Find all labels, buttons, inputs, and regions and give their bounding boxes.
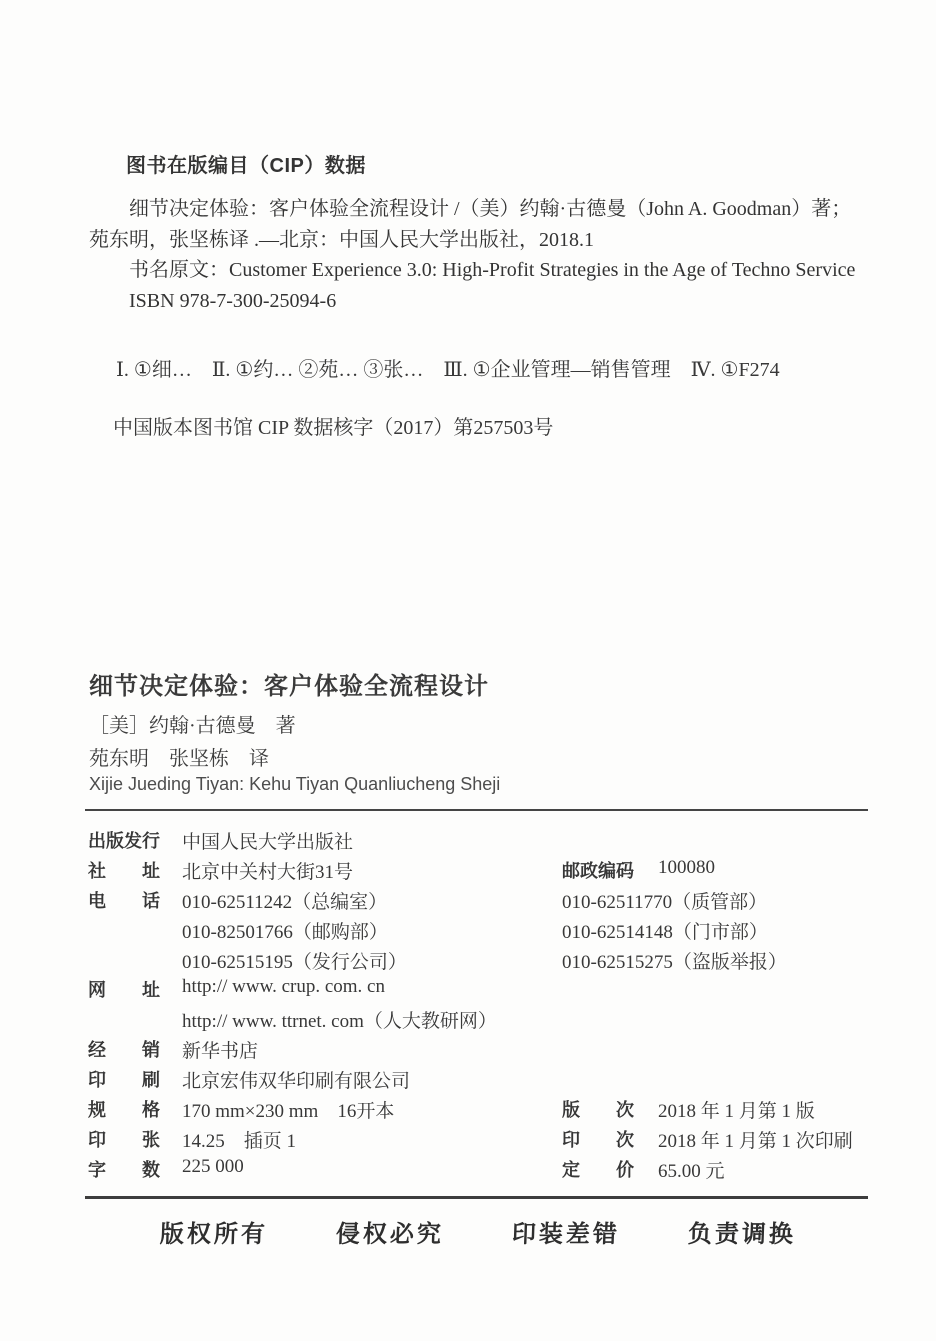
colophon-value-left: 170 mm×230 mm 16开本 — [182, 1096, 394, 1123]
colophon-label-left: 印 刷 — [88, 1066, 160, 1092]
cip-heading: 图书在版编目（CIP）数据 — [126, 149, 366, 178]
colophon-row: 010-62515195（发行公司） 010-62515275（盗版举报） — [88, 947, 878, 977]
colophon-label-right: 邮政编码 — [562, 857, 634, 883]
colophon-value-left: 中国人民大学出版社 — [182, 827, 353, 854]
colophon-row: 印 张 14.25 插页 1 印 次 2018 年 1 月第 1 次印刷 — [88, 1126, 878, 1156]
colophon-value-right: 2018 年 1 月第 1 次印刷 — [658, 1126, 853, 1153]
colophon-value-right: 010-62515275（盗版举报） — [562, 947, 787, 974]
copyright-page: 图书在版编目（CIP）数据 细节决定体验：客户体验全流程设计 /（美）约翰·古德… — [0, 0, 936, 1341]
translator-line: 苑东明 张坚栋 译 — [89, 742, 269, 771]
colophon-label-left: 出版发行 — [88, 827, 160, 853]
colophon-value-left: 14.25 插页 1 — [182, 1126, 296, 1153]
notice-infringement: 侵权必究 — [335, 1214, 444, 1249]
colophon-row: 电 话 010-62511242（总编室） 010-62511770（质管部） — [88, 887, 878, 917]
colophon-value-left: 010-62515195（发行公司） — [182, 947, 407, 974]
colophon-value-left: 010-82501766（邮购部） — [182, 917, 388, 944]
colophon-value-left: 010-62511242（总编室） — [182, 887, 387, 914]
cip-line-original-title: 书名原文：Customer Experience 3.0: High-Profi… — [89, 255, 889, 286]
colophon-row: 网 址 http:// www. crup. com. cn — [88, 976, 878, 1006]
colophon-row: 规 格 170 mm×230 mm 16开本 版 次 2018 年 1 月第 1… — [88, 1096, 878, 1126]
colophon-row: 出版发行 中国人民大学出版社 — [88, 827, 878, 857]
colophon-row: http:// www. ttrnet. com（人大教研网） — [88, 1006, 878, 1036]
colophon-value-left: 新华书店 — [182, 1036, 258, 1063]
colophon-label-left: 规 格 — [88, 1096, 160, 1122]
divider-top — [85, 809, 868, 811]
cip-line-publisher: 苑东明，张坚栋译 .—北京：中国人民大学出版社，2018.1 — [89, 225, 889, 256]
colophon-value-left: 北京中关村大街31号 — [182, 857, 353, 884]
colophon-value-right: 100080 — [658, 857, 715, 879]
colophon-label-left: 字 数 — [88, 1156, 160, 1182]
colophon-table: 出版发行 中国人民大学出版社 社 址 北京中关村大街31号 邮政编码 10008… — [88, 827, 878, 1186]
colophon-row: 字 数 225 000 定 价 65.00 元 — [88, 1156, 878, 1186]
colophon-label-right: 定 价 — [562, 1156, 634, 1182]
colophon-label-left: 社 址 — [88, 857, 160, 883]
colophon-row: 010-82501766（邮购部） 010-62514148（门市部） — [88, 917, 878, 947]
colophon-value-right: 010-62511770（质管部） — [562, 887, 767, 914]
colophon-value-left: 北京宏伟双华印刷有限公司 — [182, 1066, 410, 1093]
colophon-label-right: 版 次 — [562, 1096, 634, 1122]
colophon-label-left: 经 销 — [88, 1036, 160, 1062]
cip-description: 细节决定体验：客户体验全流程设计 /（美）约翰·古德曼（John A. Good… — [89, 194, 889, 316]
colophon-row: 印 刷 北京宏伟双华印刷有限公司 — [88, 1066, 878, 1096]
colophon-value-left: http:// www. ttrnet. com（人大教研网） — [182, 1006, 497, 1033]
notice-replacement: 负责调换 — [687, 1214, 796, 1249]
footer-notice: 版权所有 侵权必究 印装差错 负责调换 — [159, 1214, 796, 1249]
colophon-label-left: 印 张 — [88, 1126, 160, 1152]
colophon-row: 经 销 新华书店 — [88, 1036, 878, 1066]
cip-line-isbn: ISBN 978-7-300-25094-6 — [89, 286, 889, 317]
cip-record-number: 中国版本图书馆 CIP 数据核字（2017）第257503号 — [113, 411, 553, 440]
notice-copyright: 版权所有 — [159, 1214, 268, 1249]
book-title: 细节决定体验：客户体验全流程设计 — [89, 666, 489, 701]
colophon-value-left: http:// www. crup. com. cn — [182, 976, 385, 998]
colophon-label-left: 网 址 — [88, 976, 160, 1002]
colophon-value-right: 010-62514148（门市部） — [562, 917, 768, 944]
colophon-label-left: 电 话 — [88, 887, 160, 913]
cip-line-title-author: 细节决定体验：客户体验全流程设计 /（美）约翰·古德曼（John A. Good… — [89, 194, 889, 225]
colophon-label-right: 印 次 — [562, 1126, 634, 1152]
colophon-value-left: 225 000 — [182, 1156, 244, 1178]
colophon-row: 社 址 北京中关村大街31号 邮政编码 100080 — [88, 857, 878, 887]
colophon-value-right: 65.00 元 — [658, 1156, 725, 1183]
cip-classification: Ⅰ. ①细… Ⅱ. ①约… ②苑… ③张… Ⅲ. ①企业管理—销售管理 Ⅳ. ①… — [116, 353, 780, 382]
pinyin-title: Xijie Jueding Tiyan: Kehu Tiyan Quanliuc… — [89, 774, 500, 795]
author-line: ［美］约翰·古德曼 著 — [89, 709, 296, 738]
divider-bottom — [85, 1196, 868, 1199]
colophon-value-right: 2018 年 1 月第 1 版 — [658, 1096, 815, 1123]
notice-misprint: 印装差错 — [511, 1214, 620, 1249]
